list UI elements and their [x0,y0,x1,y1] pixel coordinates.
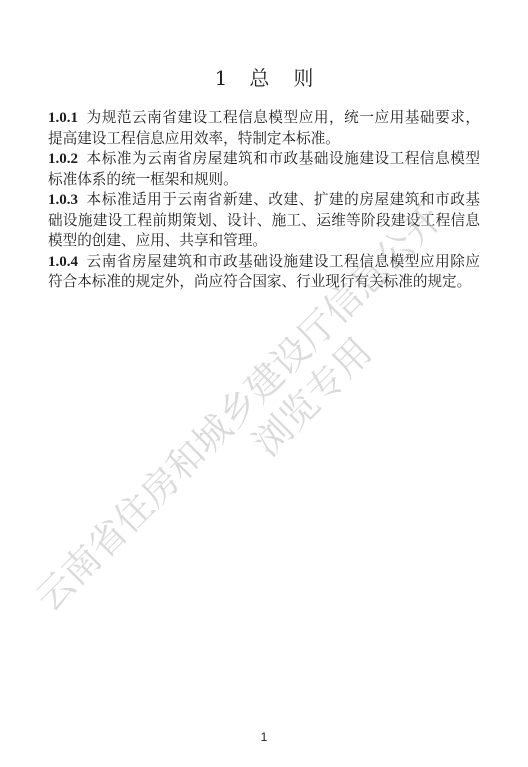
clause-number: 1.0.1 [48,110,78,126]
clause-1-0-1: 1.0.1为规范云南省建设工程信息模型应用，统一应用基础要求，提高建设工程信息应… [48,108,480,149]
clause-1-0-2: 1.0.2本标准为云南省房屋建筑和市政基础设施建设工程信息模型标准体系的统一框架… [48,149,480,190]
chapter-title-char-1: 总 [249,66,269,90]
clause-text: 本标准为云南省房屋建筑和市政基础设施建设工程信息模型标准体系的统一框架和规则。 [48,150,480,188]
document-page: 1总则 1.0.1为规范云南省建设工程信息模型应用，统一应用基础要求，提高建设工… [0,0,528,767]
chapter-number: 1 [215,66,228,90]
watermark-line-2: 浏览专用 [239,323,382,466]
clause-1-0-4: 1.0.4云南省房屋建筑和市政基础设施建设工程信息模型应用除应符合本标准的规定外… [48,252,480,293]
chapter-title-char-2: 则 [293,66,313,90]
chapter-body: 1.0.1为规范云南省建设工程信息模型应用，统一应用基础要求，提高建设工程信息应… [48,108,480,293]
clause-number: 1.0.4 [48,254,78,270]
page-number: 1 [0,730,528,744]
chapter-heading: 1总则 [0,62,528,91]
clause-text: 云南省房屋建筑和市政基础设施建设工程信息模型应用除应符合本标准的规定外，尚应符合… [48,253,480,291]
clause-number: 1.0.3 [48,192,78,208]
clause-text: 为规范云南省建设工程信息模型应用，统一应用基础要求，提高建设工程信息应用效率，特… [48,109,480,147]
clause-number: 1.0.2 [48,151,78,167]
clause-1-0-3: 1.0.3本标准适用于云南省新建、改建、扩建的房屋建筑和市政基础设施建设工程前期… [48,190,480,252]
clause-text: 本标准适用于云南省新建、改建、扩建的房屋建筑和市政基础设施建设工程前期策划、设计… [48,191,480,249]
